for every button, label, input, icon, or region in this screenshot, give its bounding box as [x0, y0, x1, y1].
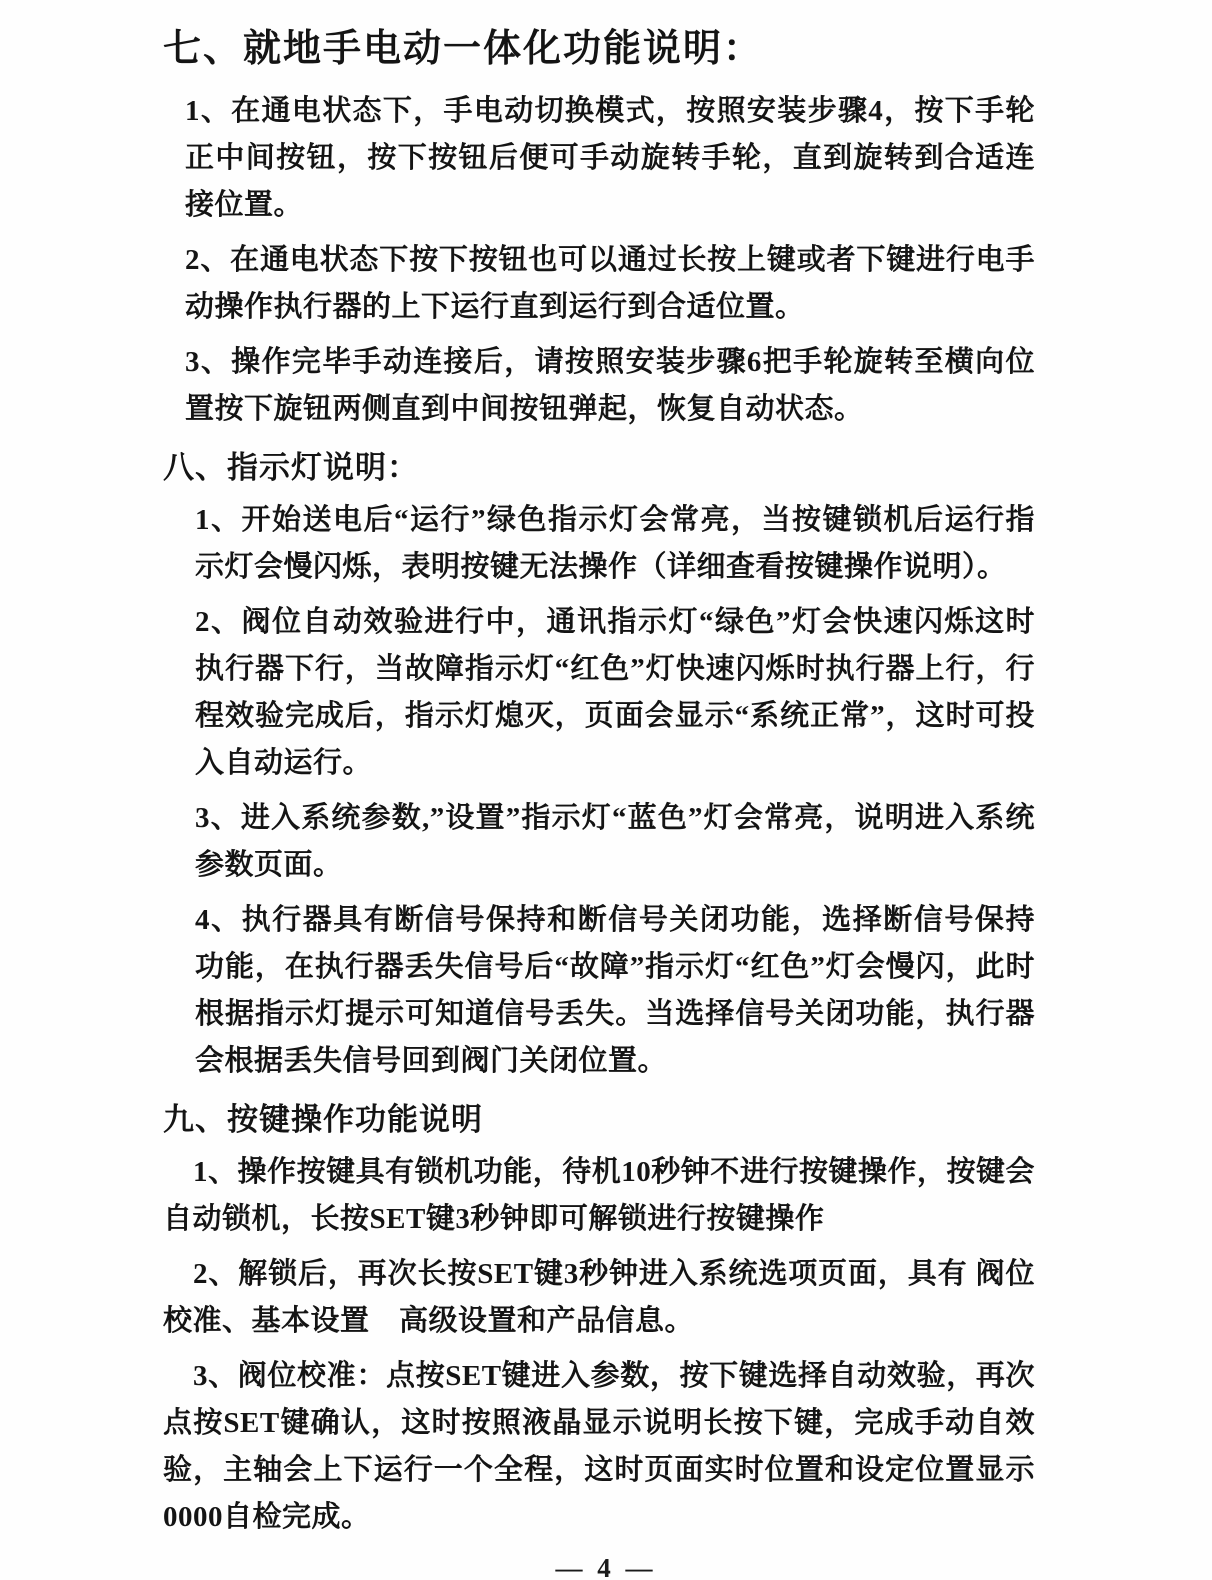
section-local-manual-electric-function: 七、就地手电动一体化功能说明： 1、在通电状态下，手电动切换模式，按照安装步骤4… — [163, 24, 1035, 433]
section-indicator-lights: 八、指示灯说明： 1、开始送电后“运行”绿色指示灯会常亮，当按键锁机后运行指示灯… — [163, 445, 1035, 1085]
paragraph-7-3: 3、操作完毕手动连接后，请按照安装步骤6把手轮旋转至横向位置按下旋钮两侧直到中间… — [185, 339, 1035, 433]
paragraph-8-1: 1、开始送电后“运行”绿色指示灯会常亮，当按键锁机后运行指示灯会慢闪烁，表明按键… — [195, 497, 1035, 591]
paragraph-8-4: 4、执行器具有断信号保持和断信号关闭功能，选择断信号保持功能，在执行器丢失信号后… — [195, 897, 1035, 1085]
paragraph-9-1: 1、操作按键具有锁机功能，待机10秒钟不进行按键操作，按键会自动锁机，长按SET… — [163, 1149, 1035, 1243]
paragraph-9-2: 2、解锁后，再次长按SET键3秒钟进入系统选项页面，具有 阀位校准、基本设置 高… — [163, 1251, 1035, 1345]
paragraph-8-3: 3、进入系统参数,”设置”指示灯“蓝色”灯会常亮，说明进入系统参数页面。 — [195, 795, 1035, 889]
section-heading-8: 八、指示灯说明： — [163, 445, 1035, 491]
paragraph-7-2: 2、在通电状态下按下按钮也可以通过长按上键或者下键进行电手动操作执行器的上下运行… — [185, 237, 1035, 331]
section-key-operation: 九、按键操作功能说明 1、操作按键具有锁机功能，待机10秒钟不进行按键操作，按键… — [163, 1097, 1035, 1541]
paragraph-9-3: 3、阀位校准：点按SET键进入参数，按下键选择自动效验，再次点按SET键确认，这… — [163, 1353, 1035, 1541]
page-number: — 4 — — [0, 1550, 1212, 1580]
paragraph-8-2: 2、阀位自动效验进行中，通讯指示灯“绿色”灯会快速闪烁这时执行器下行，当故障指示… — [195, 599, 1035, 787]
section-heading-9: 九、按键操作功能说明 — [163, 1097, 1035, 1143]
section-heading-7: 七、就地手电动一体化功能说明： — [163, 24, 1035, 74]
paragraph-7-1: 1、在通电状态下，手电动切换模式，按照安装步骤4，按下手轮正中间按钮，按下按钮后… — [185, 88, 1035, 229]
manual-page: 七、就地手电动一体化功能说明： 1、在通电状态下，手电动切换模式，按照安装步骤4… — [0, 0, 1212, 1580]
